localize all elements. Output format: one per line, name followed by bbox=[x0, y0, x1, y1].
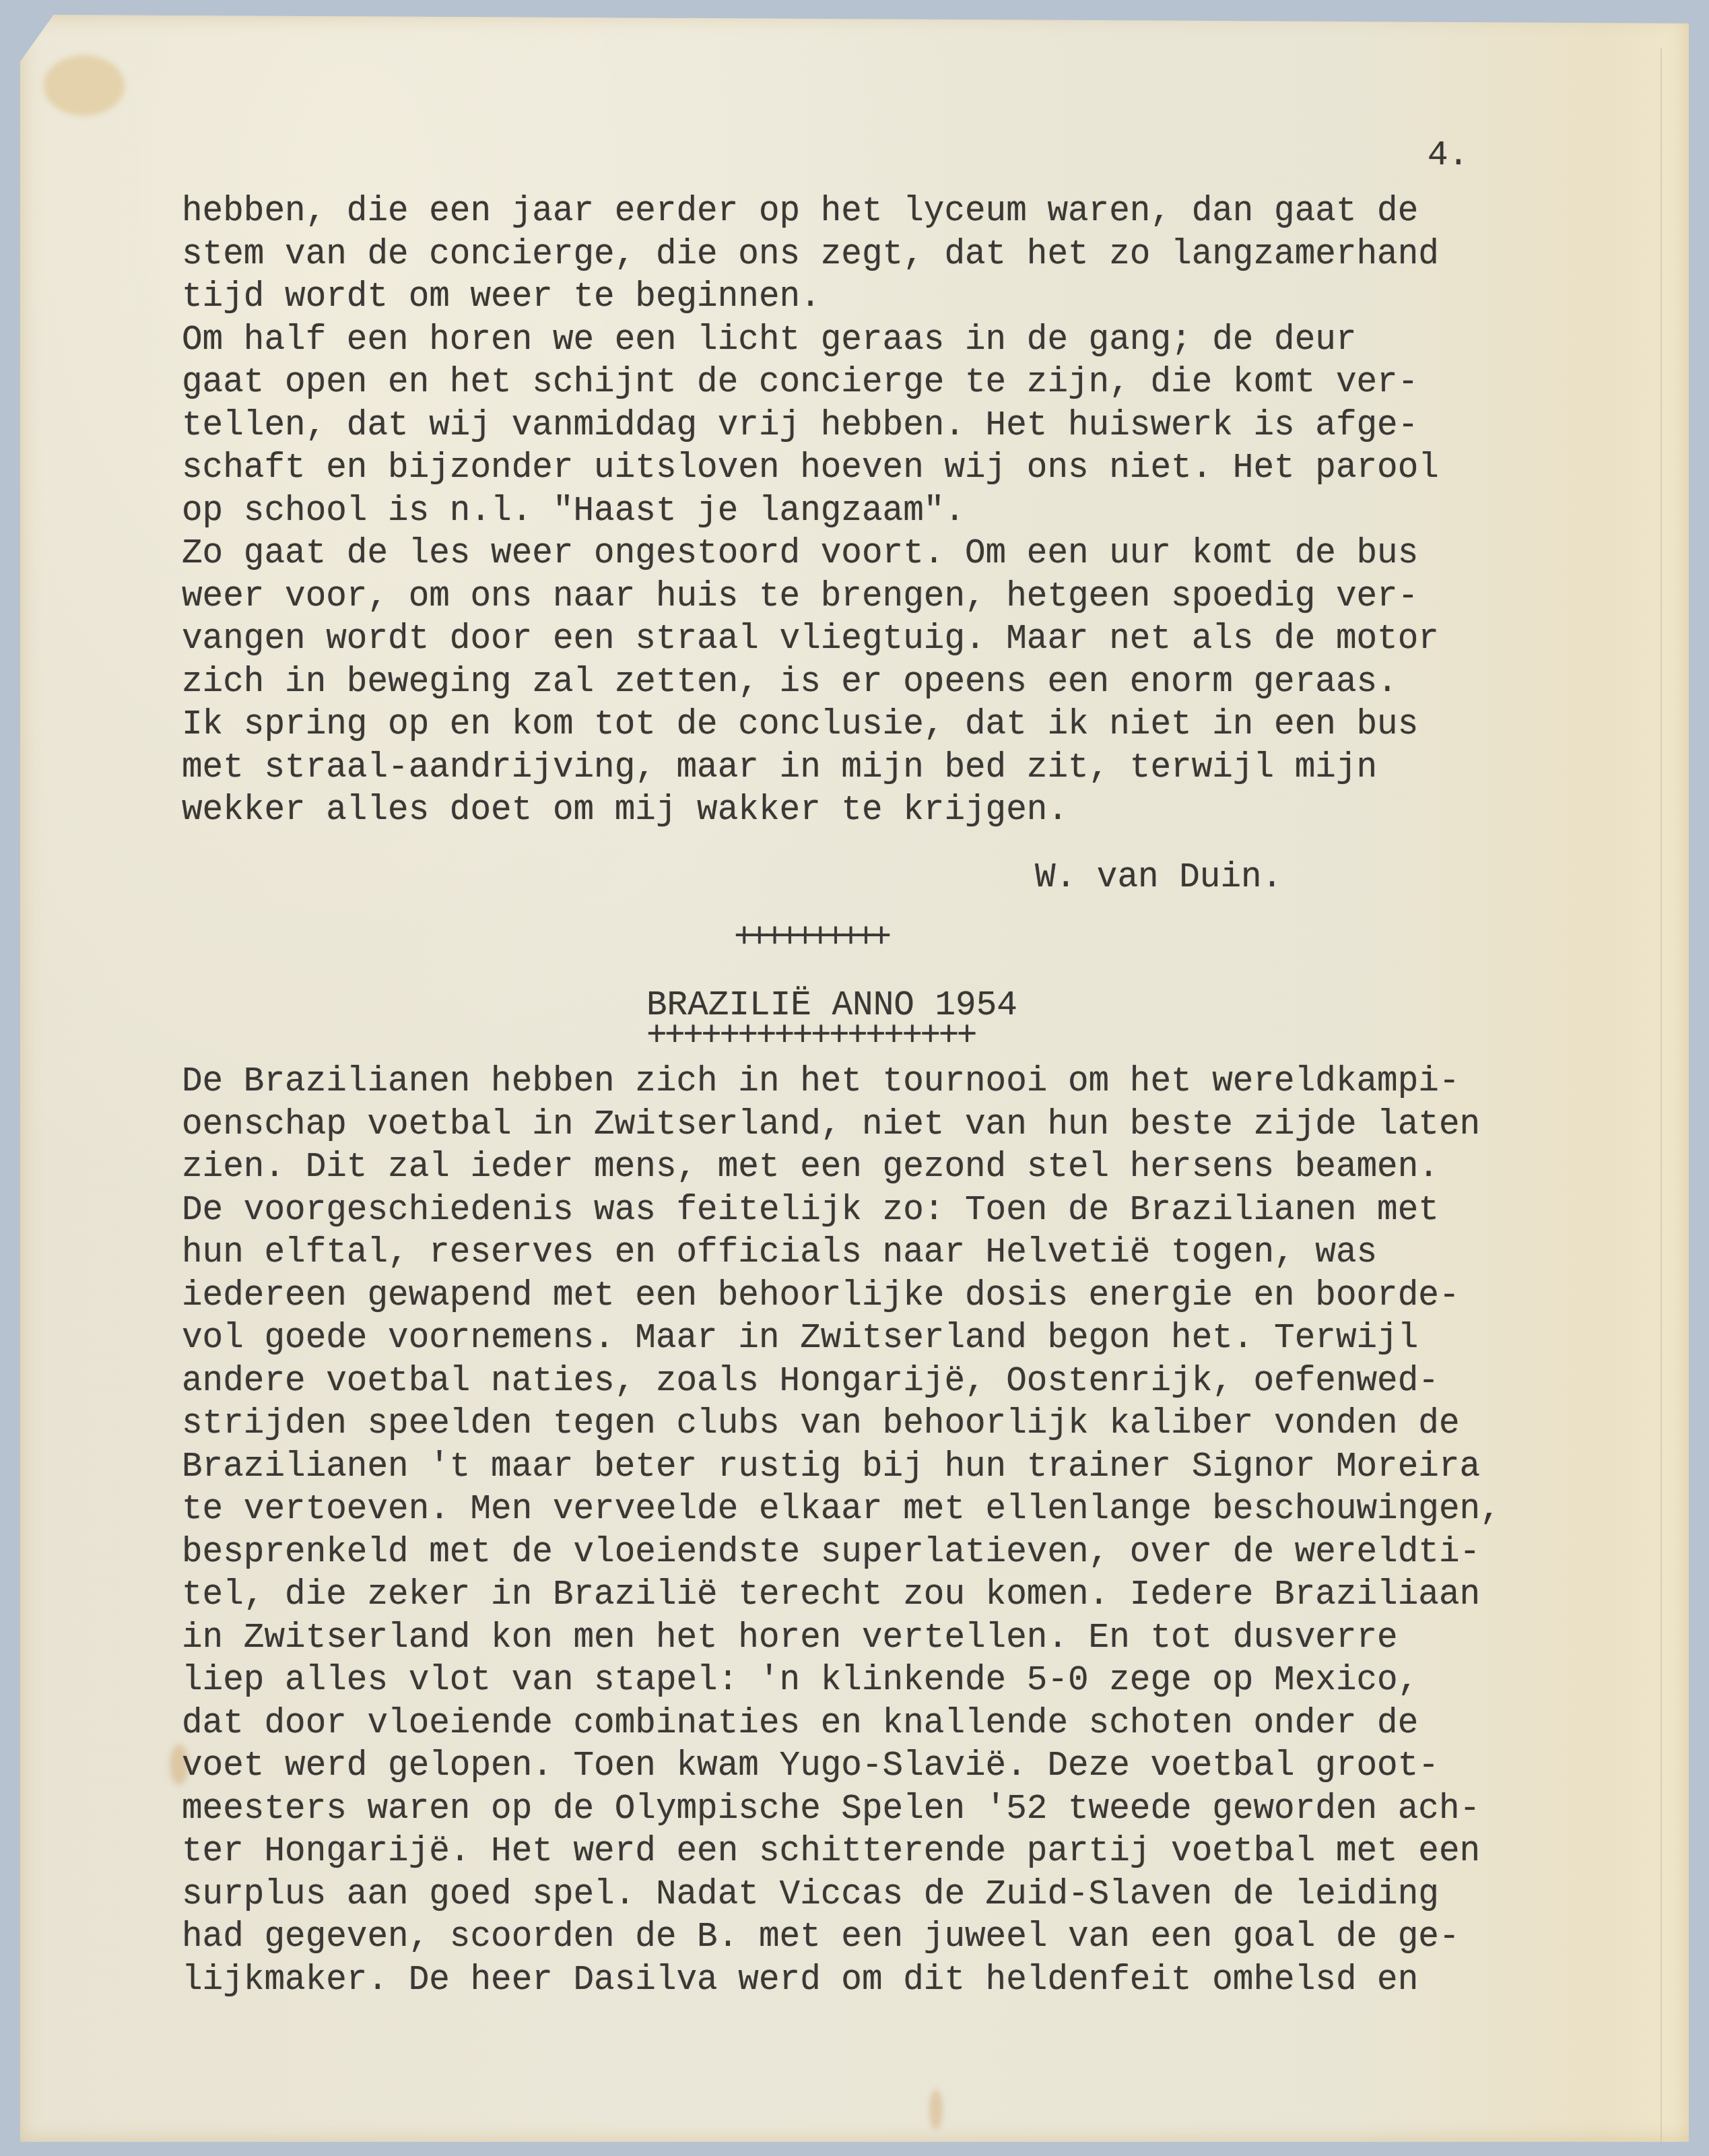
text-line: tellen, dat wij vanmiddag vrij hebben. H… bbox=[182, 405, 1439, 448]
text-line: hun elftal, reserves en officials naar H… bbox=[182, 1232, 1501, 1275]
story-continuation: hebben, die een jaar eerder op het lyceu… bbox=[182, 191, 1439, 832]
text-line: vol goede voornemens. Maar in Zwitserlan… bbox=[182, 1317, 1501, 1361]
text-line: Zo gaat de les weer ongestoord voort. Om… bbox=[182, 533, 1439, 576]
text-line: in Zwitserland kon men het horen vertell… bbox=[182, 1617, 1501, 1660]
text-line: met straal-aandrijving, maar in mijn bed… bbox=[182, 747, 1439, 790]
text-line: oenschap voetbal in Zwitserland, niet va… bbox=[182, 1104, 1501, 1147]
text-line: hebben, die een jaar eerder op het lyceu… bbox=[182, 191, 1439, 234]
text-line: iedereen gewapend met een behoorlijke do… bbox=[182, 1275, 1501, 1318]
text-line: De Brazilianen hebben zich in het tourno… bbox=[182, 1061, 1501, 1104]
text-line: liep alles vlot van stapel: 'n klinkende… bbox=[182, 1660, 1501, 1703]
article-body: De Brazilianen hebben zich in het tourno… bbox=[182, 1061, 1501, 2002]
text-line: strijden speelden tegen clubs van behoor… bbox=[182, 1403, 1501, 1446]
text-line: dat door vloeiende combinaties en knalle… bbox=[182, 1703, 1501, 1746]
text-line: besprenkeld met de vloeiendste superlati… bbox=[182, 1532, 1501, 1575]
title-underline: ++++++++++++++++++ bbox=[646, 1016, 975, 1059]
text-line: zich in beweging zal zetten, is er opeen… bbox=[182, 661, 1439, 705]
paper-stain bbox=[929, 2089, 943, 2130]
text-line: De voorgeschiedenis was feitelijk zo: To… bbox=[182, 1189, 1501, 1233]
text-line: weer voor, om ons naar huis te brengen, … bbox=[182, 576, 1439, 619]
text-line: Om half een horen we een licht geraas in… bbox=[182, 319, 1439, 362]
text-line: andere voetbal naties, zoals Hongarijë, … bbox=[182, 1361, 1501, 1404]
paper-fold-line bbox=[1661, 48, 1662, 2142]
text-line: tel, die zeker in Brazilië terecht zou k… bbox=[182, 1574, 1501, 1617]
page-number: 4. bbox=[1428, 135, 1469, 178]
section-separator: ++++++++++ bbox=[734, 917, 886, 960]
author-signature: W. van Duin. bbox=[1035, 857, 1282, 900]
text-line: zien. Dit zal ieder mens, met een gezond… bbox=[182, 1146, 1501, 1189]
text-line: lijkmaker. De heer Dasilva werd om dit h… bbox=[182, 1959, 1501, 2002]
text-line: surplus aan goed spel. Nadat Viccas de Z… bbox=[182, 1874, 1501, 1917]
text-line: had gegeven, scoorden de B. met een juwe… bbox=[182, 1916, 1501, 1959]
text-line: gaat open en het schijnt de concierge te… bbox=[182, 362, 1439, 405]
text-line: Brazilianen 't maar beter rustig bij hun… bbox=[182, 1446, 1501, 1489]
text-line: stem van de concierge, die ons zegt, dat… bbox=[182, 234, 1439, 277]
text-line: wekker alles doet om mij wakker te krijg… bbox=[182, 789, 1439, 832]
text-line: meesters waren op de Olympische Spelen '… bbox=[182, 1788, 1501, 1831]
text-line: voet werd gelopen. Toen kwam Yugo-Slavië… bbox=[182, 1745, 1501, 1788]
text-line: schaft en bijzonder uitsloven hoeven wij… bbox=[182, 447, 1439, 490]
text-line: vangen wordt door een straal vliegtuig. … bbox=[182, 618, 1439, 661]
text-line: tijd wordt om weer te beginnen. bbox=[182, 276, 1439, 319]
text-line: Ik spring op en kom tot de conclusie, da… bbox=[182, 704, 1439, 747]
paper-stain bbox=[44, 55, 125, 116]
text-line: te vertoeven. Men verveelde elkaar met e… bbox=[182, 1489, 1501, 1532]
text-line: ter Hongarijë. Het werd een schitterende… bbox=[182, 1831, 1501, 1874]
text-line: op school is n.l. "Haast je langzaam". bbox=[182, 490, 1439, 533]
